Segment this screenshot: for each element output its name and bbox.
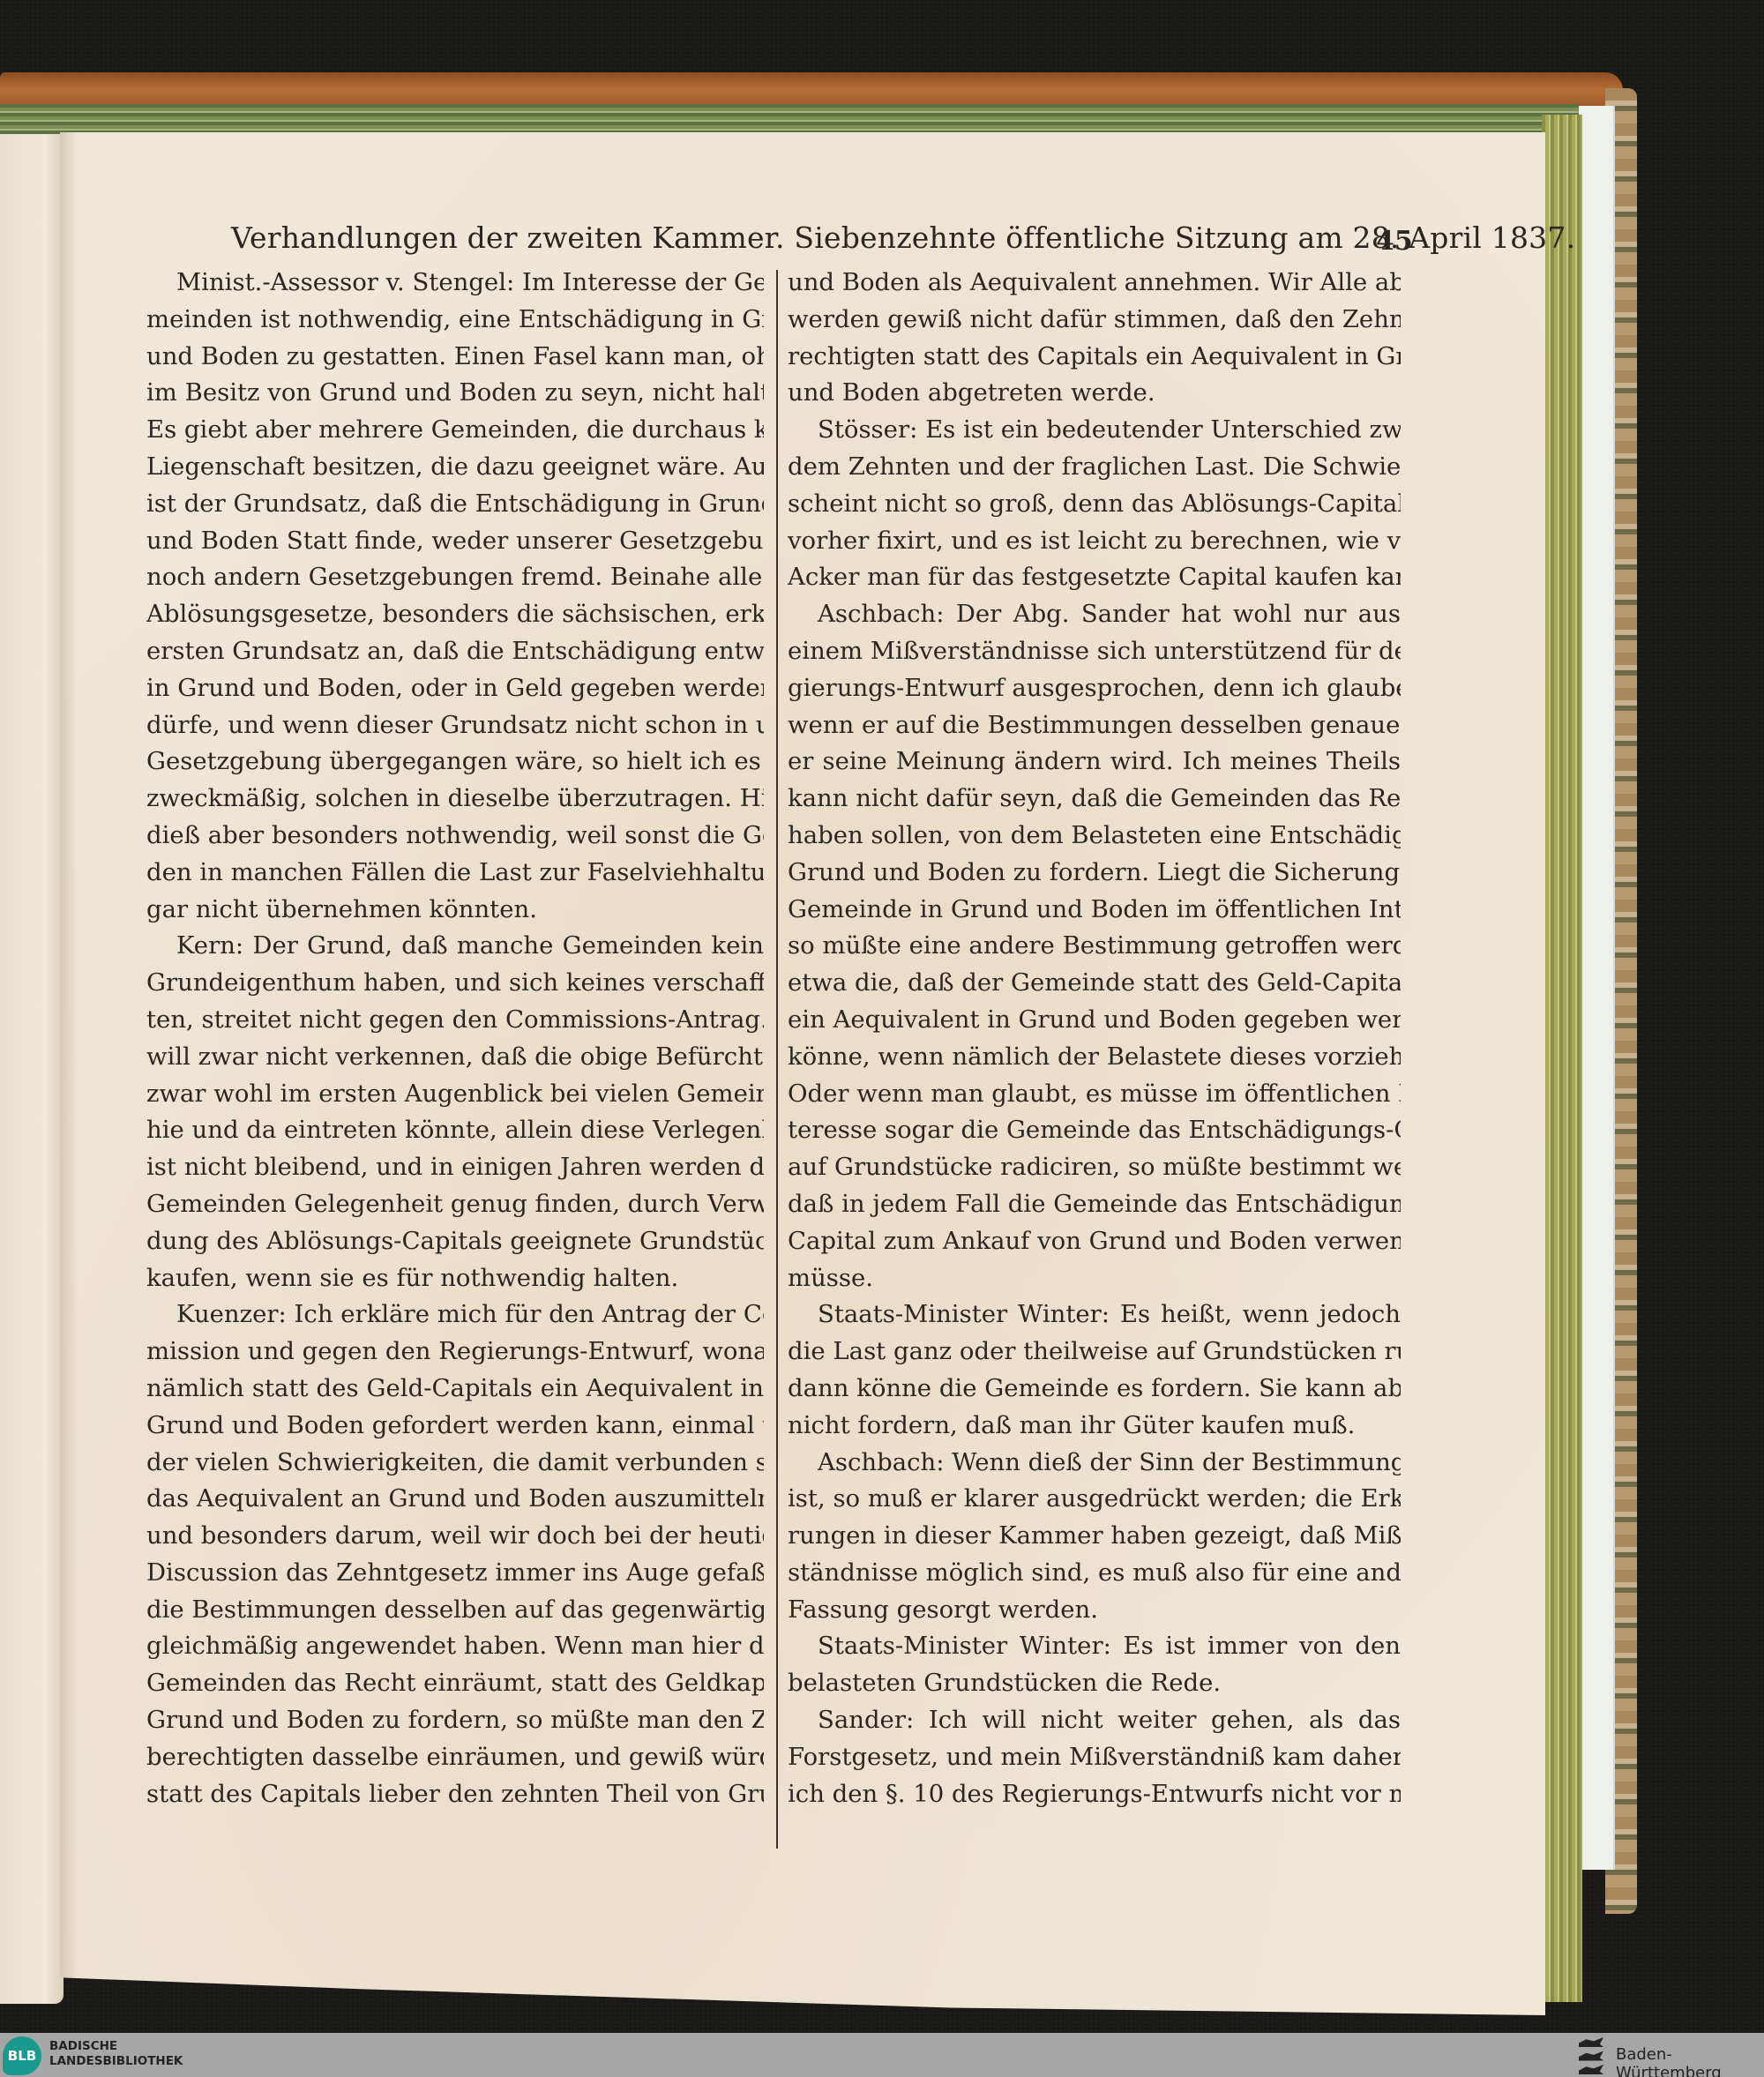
book-cover-top	[0, 72, 1623, 108]
text-line: könne, wenn nämlich der Belastete dieses…	[788, 1039, 1401, 1076]
text-line: Acker man für das festgesetzte Capital k…	[788, 559, 1401, 596]
page-edge-green	[1542, 115, 1582, 2002]
text-line: Gemeinden Gelegenheit genug finden, durc…	[146, 1186, 764, 1223]
text-line: mission und gegen den Regierungs-Entwurf…	[146, 1334, 764, 1371]
text-line: dieß aber besonders nothwendig, weil son…	[146, 818, 764, 855]
text-line: haben sollen, von dem Belasteten eine En…	[788, 818, 1401, 855]
speaker-paragraph-start: Staats-Minister Winter: Es ist immer von…	[788, 1628, 1401, 1665]
speaker-paragraph-start: Aschbach: Der Abg. Sander hat wohl nur a…	[788, 596, 1401, 633]
text-line: Oder wenn man glaubt, es müsse im öffent…	[788, 1076, 1401, 1113]
text-line: ist, so muß er klarer ausgedrückt werden…	[788, 1481, 1401, 1518]
left-column: Minist.-Assessor v. Stengel: Im Interess…	[146, 265, 764, 1812]
speaker-paragraph-start: Sander: Ich will nicht weiter gehen, als…	[788, 1702, 1401, 1739]
library-name-line1: BADISCHE	[49, 2039, 183, 2054]
text-line: daß in jedem Fall die Gemeinde das Entsc…	[788, 1186, 1401, 1223]
page-number: 45	[1376, 226, 1413, 257]
text-line: noch andern Gesetzgebungen fremd. Beinah…	[146, 559, 764, 596]
text-line: rechtigten statt des Capitals ein Aequiv…	[788, 339, 1401, 376]
speaker-paragraph-start: Kern: Der Grund, daß manche Gemeinden ke…	[146, 928, 764, 965]
text-line: dem Zehnten und der fraglichen Last. Die…	[788, 449, 1401, 486]
text-line: belasteten Grundstücken die Rede.	[788, 1665, 1401, 1702]
text-line: nicht fordern, daß man ihr Güter kaufen …	[788, 1408, 1401, 1445]
text-line: teresse sogar die Gemeinde das Entschädi…	[788, 1112, 1401, 1149]
speaker-paragraph-start: Aschbach: Wenn dieß der Sinn der Bestimm…	[788, 1445, 1401, 1482]
text-line: und Boden abgetreten werde.	[788, 375, 1401, 412]
text-line: zweckmäßig, solchen in dieselbe überzutr…	[146, 781, 764, 818]
text-line: will zwar nicht verkennen, daß die obige…	[146, 1039, 764, 1076]
text-line: ständnisse möglich sind, es muß also für…	[788, 1555, 1401, 1592]
text-line: ein Aequivalent in Grund und Boden gegeb…	[788, 1002, 1401, 1039]
text-line: ist der Grundsatz, daß die Entschädigung…	[146, 486, 764, 523]
text-line: in Grund und Boden, oder in Geld gegeben…	[146, 670, 764, 707]
text-line: statt des Capitals lieber den zehnten Th…	[146, 1776, 764, 1813]
speaker-paragraph-start: Kuenzer: Ich erkläre mich für den Antrag…	[146, 1296, 764, 1334]
text-line: ersten Grundsatz an, daß die Entschädigu…	[146, 633, 764, 670]
text-line: Grund und Boden gefordert werden kann, e…	[146, 1408, 764, 1445]
text-line: Gemeinden das Recht einräumt, statt des …	[146, 1665, 764, 1702]
speaker-paragraph-start: Staats-Minister Winter: Es heißt, wenn j…	[788, 1296, 1401, 1334]
text-line: hie und da eintreten könnte, allein dies…	[146, 1112, 764, 1149]
text-line: den in manchen Fällen die Last zur Fasel…	[146, 855, 764, 892]
running-head: Verhandlungen der zweiten Kammer. Sieben…	[231, 220, 1387, 255]
text-line: und Boden Statt finde, weder unserer Ges…	[146, 523, 764, 560]
text-line: einem Mißverständnisse sich unterstützen…	[788, 633, 1401, 670]
text-line: er seine Meinung ändern wird. Ich meines…	[788, 743, 1401, 781]
text-line: vorher fixirt, und es ist leicht zu bere…	[788, 523, 1401, 560]
text-line: Capital zum Ankauf von Grund und Boden v…	[788, 1223, 1401, 1260]
text-line: Gesetzgebung übergegangen wäre, so hielt…	[146, 743, 764, 781]
text-line: Ablösungsgesetze, besonders die sächsisc…	[146, 596, 764, 633]
text-line: müsse.	[788, 1260, 1401, 1297]
text-line: und Boden zu gestatten. Einen Fasel kann…	[146, 339, 764, 376]
text-line: dung des Ablösungs-Capitals geeignete Gr…	[146, 1223, 764, 1260]
text-line: Grund und Boden zu fordern. Liegt die Si…	[788, 855, 1401, 892]
text-line: und Boden als Aequivalent annehmen. Wir …	[788, 265, 1401, 302]
footer-bar: BLB BADISCHE LANDESBIBLIOTHEK Baden-Würt…	[0, 2033, 1764, 2077]
text-line: Grundeigenthum haben, und sich keines ve…	[146, 965, 764, 1002]
text-line: auf Grundstücke radiciren, so müßte best…	[788, 1149, 1401, 1186]
text-line: werden gewiß nicht dafür stimmen, daß de…	[788, 302, 1401, 339]
text-line: meinden ist nothwendig, eine Entschädigu…	[146, 302, 764, 339]
left-page-sliver	[0, 134, 64, 2004]
text-line: gierungs-Entwurf ausgesprochen, denn ich…	[788, 670, 1401, 707]
text-line: so müßte eine andere Bestimmung getroffe…	[788, 928, 1401, 965]
right-column: und Boden als Aequivalent annehmen. Wir …	[788, 265, 1401, 1812]
text-line: Fassung gesorgt werden.	[788, 1592, 1401, 1629]
text-line: scheint nicht so groß, denn das Ablösung…	[788, 486, 1401, 523]
text-line: Gemeinde in Grund und Boden im öffentlic…	[788, 892, 1401, 929]
text-line: gar nicht übernehmen könnten.	[146, 892, 764, 929]
text-line: etwa die, daß der Gemeinde statt des Gel…	[788, 965, 1401, 1002]
lions-coat-of-arms-icon	[1579, 2037, 1603, 2074]
text-line: zwar wohl im ersten Augenblick bei viele…	[146, 1076, 764, 1113]
text-line: Discussion das Zehntgesetz immer ins Aug…	[146, 1555, 764, 1592]
text-line: die Bestimmungen desselben auf das gegen…	[146, 1592, 764, 1629]
text-line: Grund und Boden zu fordern, so müßte man…	[146, 1702, 764, 1739]
text-line: die Last ganz oder theilweise auf Grunds…	[788, 1334, 1401, 1371]
text-line: Es giebt aber mehrere Gemeinden, die dur…	[146, 412, 764, 449]
text-line: dürfe, und wenn dieser Grundsatz nicht s…	[146, 707, 764, 744]
text-line: gleichmäßig angewendet haben. Wenn man h…	[146, 1628, 764, 1665]
text-line: nämlich statt des Geld-Capitals ein Aequ…	[146, 1371, 764, 1408]
text-line: ten, streitet nicht gegen den Commission…	[146, 1002, 764, 1039]
text-line: kaufen, wenn sie es für nothwendig halte…	[146, 1260, 764, 1297]
state-name[interactable]: Baden-Württemberg	[1616, 2045, 1764, 2077]
text-line: ist nicht bleibend, und in einigen Jahre…	[146, 1149, 764, 1186]
text-line: und besonders darum, weil wir doch bei d…	[146, 1518, 764, 1555]
text-line: Forstgesetz, und mein Mißverständniß kam…	[788, 1739, 1401, 1776]
column-divider	[776, 270, 778, 1849]
blb-logo-icon[interactable]: BLB	[3, 2036, 41, 2075]
speaker-paragraph-start: Stösser: Es ist ein bedeutender Untersch…	[788, 412, 1401, 449]
text-line: der vielen Schwierigkeiten, die damit ve…	[146, 1445, 764, 1482]
text-line: kann nicht dafür seyn, daß die Gemeinden…	[788, 781, 1401, 818]
text-line: das Aequivalent an Grund und Boden auszu…	[146, 1481, 764, 1518]
library-name[interactable]: BADISCHE LANDESBIBLIOTHEK	[49, 2039, 183, 2069]
text-line: rungen in dieser Kammer haben gezeigt, d…	[788, 1518, 1401, 1555]
speaker-paragraph-start: Minist.-Assessor v. Stengel: Im Interess…	[146, 265, 764, 302]
text-line: wenn er auf die Bestimmungen desselben g…	[788, 707, 1401, 744]
text-line: Liegenschaft besitzen, die dazu geeignet…	[146, 449, 764, 486]
text-line: dann könne die Gemeinde es fordern. Sie …	[788, 1371, 1401, 1408]
text-line: im Besitz von Grund und Boden zu seyn, n…	[146, 375, 764, 412]
library-name-line2: LANDESBIBLIOTHEK	[49, 2054, 183, 2069]
text-line: berechtigten dasselbe einräumen, und gew…	[146, 1739, 764, 1776]
text-line: ich den §. 10 des Regierungs-Entwurfs ni…	[788, 1776, 1401, 1813]
